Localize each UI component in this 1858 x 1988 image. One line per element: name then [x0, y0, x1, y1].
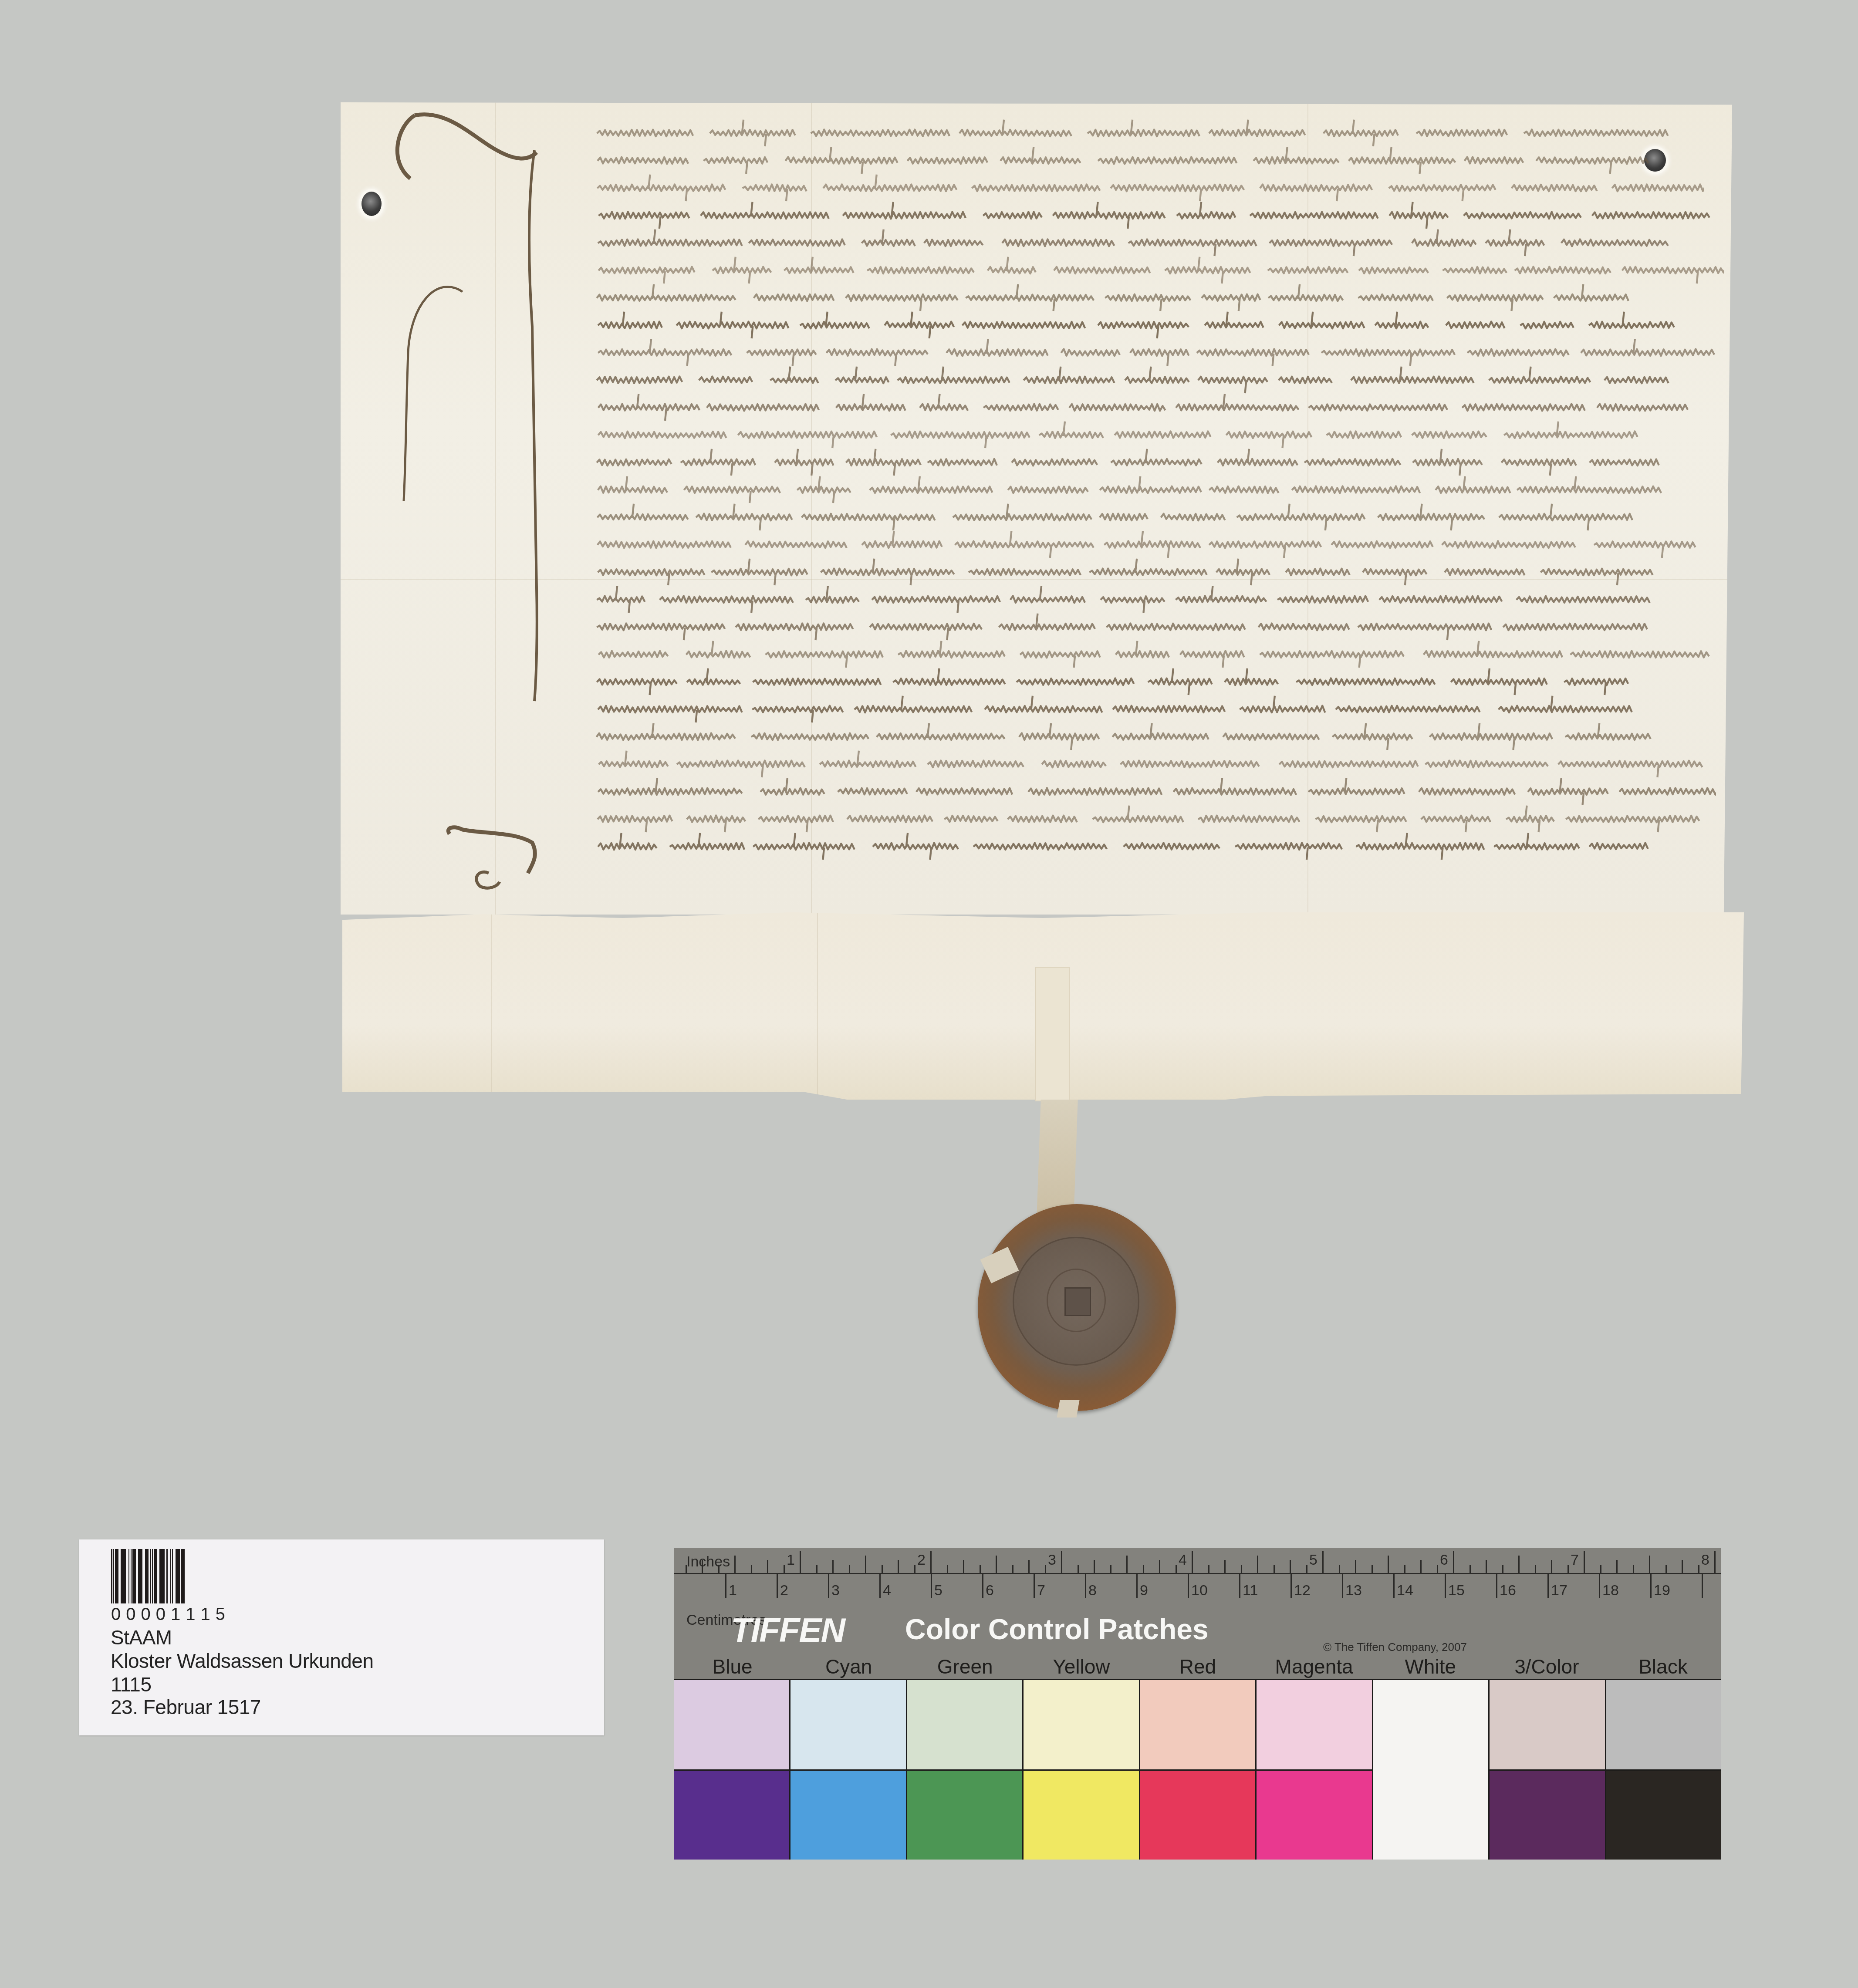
patch-column-cyan — [790, 1679, 907, 1860]
barcode-icon — [111, 1549, 185, 1603]
cm-tick-label: 14 — [1397, 1582, 1413, 1599]
color-patch-light — [907, 1679, 1022, 1769]
inch-tick — [1616, 1560, 1618, 1573]
inch-tick — [1290, 1560, 1291, 1573]
handwritten-line — [524, 335, 1708, 362]
handwritten-line — [524, 609, 1708, 637]
inch-tick — [767, 1560, 768, 1573]
cm-tick-label: 5 — [934, 1582, 943, 1599]
inch-tick — [865, 1556, 866, 1573]
barcode-digit: 1 — [171, 1605, 186, 1624]
inch-tick — [930, 1551, 932, 1573]
cm-tick — [828, 1574, 829, 1598]
wax-seal — [978, 1204, 1176, 1411]
inch-tick — [1045, 1565, 1046, 1573]
color-patch-light — [674, 1679, 789, 1769]
handwritten-line — [524, 307, 1708, 335]
inch-tick — [1126, 1556, 1128, 1573]
inch-tick — [1633, 1565, 1634, 1573]
archive-label-card: 00001115 StAAM Kloster Waldsassen Urkund… — [79, 1539, 604, 1735]
inch-tick — [1306, 1565, 1307, 1573]
color-patch-dark — [1606, 1769, 1721, 1860]
cm-tick-label: 6 — [986, 1582, 994, 1599]
inch-tick — [1518, 1556, 1520, 1573]
cm-tick-label: 9 — [1140, 1582, 1148, 1599]
inch-tick — [1192, 1551, 1193, 1573]
color-patch-dark — [1490, 1769, 1605, 1860]
handwritten-line — [524, 554, 1708, 582]
inch-tick — [1159, 1560, 1160, 1573]
inch-tick — [1061, 1551, 1062, 1573]
barcode-digit: 0 — [126, 1605, 141, 1624]
tiffen-logo: TIFFEN — [731, 1610, 845, 1650]
cm-tick — [1547, 1574, 1549, 1598]
inch-tick-label: 1 — [787, 1552, 795, 1569]
inch-tick — [1714, 1551, 1716, 1573]
handwritten-line — [524, 417, 1708, 445]
archive-name: StAAM — [111, 1626, 172, 1649]
collection-name: Kloster Waldsassen Urkunden — [111, 1649, 374, 1673]
cm-tick-label: 18 — [1602, 1582, 1619, 1599]
inch-tick — [1322, 1551, 1324, 1573]
patch-column-magenta — [1257, 1679, 1373, 1860]
color-patch-dark — [1024, 1769, 1138, 1860]
inch-tick — [1535, 1565, 1536, 1573]
patch-label: 3/Color — [1488, 1655, 1605, 1678]
cm-tick-label: 1 — [729, 1582, 737, 1599]
inch-tick-label: 7 — [1571, 1552, 1579, 1569]
cm-tick — [1496, 1574, 1497, 1598]
handwritten-text-block — [524, 115, 1708, 856]
ruler-baseline — [674, 1573, 1721, 1574]
inch-tick — [1028, 1560, 1030, 1573]
chart-header: Inches Centimetres 123456781234567891011… — [674, 1548, 1721, 1679]
cm-tick-label: 13 — [1345, 1582, 1362, 1599]
inch-tick-label: 4 — [1179, 1552, 1187, 1569]
inch-tick — [1078, 1565, 1079, 1573]
patch-label: White — [1372, 1655, 1489, 1678]
inch-tick — [1176, 1565, 1177, 1573]
cm-tick-label: 4 — [883, 1582, 891, 1599]
color-patch-light — [790, 1679, 905, 1769]
barcode-digit: 1 — [186, 1605, 200, 1624]
cm-tick — [1239, 1574, 1240, 1598]
inch-tick — [1388, 1556, 1389, 1573]
inch-tick — [1208, 1565, 1209, 1573]
cm-tick — [1342, 1574, 1343, 1598]
handwritten-line — [524, 664, 1708, 692]
patch-column-green — [907, 1679, 1024, 1860]
inch-tick — [914, 1565, 915, 1573]
inch-tick — [1143, 1565, 1144, 1573]
patch-label: Red — [1139, 1655, 1257, 1678]
handwritten-line — [524, 253, 1708, 280]
handwritten-line — [524, 801, 1708, 829]
handwritten-line — [524, 225, 1708, 253]
cm-tick-label: 8 — [1088, 1582, 1097, 1599]
seal-tag-tail — [1057, 1400, 1079, 1418]
inch-tick-label: 8 — [1701, 1552, 1709, 1569]
patch-column-blue — [674, 1679, 790, 1860]
cm-tick — [1702, 1574, 1703, 1598]
inch-tick — [1339, 1565, 1340, 1573]
inch-tick — [702, 1560, 703, 1573]
handwritten-line — [524, 500, 1708, 527]
inch-tick — [1404, 1565, 1405, 1573]
color-patch-dark — [1257, 1769, 1372, 1860]
charter-number: 1115 — [111, 1673, 152, 1696]
inch-tick — [832, 1560, 834, 1573]
parchment-charter — [341, 102, 1732, 915]
inch-tick — [849, 1565, 850, 1573]
barcode-number: 00001115 — [111, 1605, 198, 1624]
color-patch-dark — [790, 1769, 905, 1860]
inch-tick — [1224, 1560, 1226, 1573]
cm-tick-label: 16 — [1500, 1582, 1516, 1599]
barcode-digit: 0 — [111, 1605, 126, 1624]
handwritten-line — [524, 198, 1708, 225]
cm-tick — [777, 1574, 778, 1598]
inch-tick — [816, 1565, 818, 1573]
inch-tick — [1600, 1565, 1601, 1573]
inch-tick — [1257, 1556, 1258, 1573]
cm-tick-label: 15 — [1448, 1582, 1465, 1599]
handwritten-line — [524, 582, 1708, 609]
inch-tick — [1372, 1565, 1373, 1573]
cm-tick — [1650, 1574, 1652, 1598]
inch-tick — [1567, 1565, 1569, 1573]
cm-tick — [1393, 1574, 1395, 1598]
handwritten-line — [524, 362, 1708, 390]
chart-title: Color Control Patches — [905, 1613, 1209, 1646]
inch-tick-label: 3 — [1048, 1552, 1056, 1569]
color-patches — [674, 1679, 1721, 1860]
inch-tick — [751, 1565, 752, 1573]
patch-label: Cyan — [790, 1655, 908, 1678]
seal-parchment-tag — [1037, 1100, 1078, 1217]
cm-tick-label: 19 — [1654, 1582, 1670, 1599]
inch-tick — [1470, 1565, 1471, 1573]
inch-tick — [980, 1565, 981, 1573]
handwritten-line — [524, 115, 1708, 143]
cm-tick — [931, 1574, 932, 1598]
cm-tick — [879, 1574, 881, 1598]
seal-impression — [1013, 1237, 1139, 1366]
inch-tick — [1355, 1560, 1356, 1573]
color-patch-dark — [1140, 1769, 1255, 1860]
cm-tick-label: 2 — [780, 1582, 788, 1599]
inch-tick — [1241, 1565, 1242, 1573]
inch-tick — [963, 1560, 964, 1573]
patch-column-red — [1140, 1679, 1257, 1860]
color-patch-dark — [907, 1769, 1022, 1860]
patch-column-3-color — [1490, 1679, 1606, 1860]
handwritten-line — [524, 472, 1708, 500]
cm-tick-label: 10 — [1191, 1582, 1208, 1599]
inch-tick — [898, 1560, 899, 1573]
color-patch-dark — [674, 1769, 789, 1860]
patch-column-yellow — [1024, 1679, 1140, 1860]
patch-label: Green — [906, 1655, 1024, 1678]
barcode-digit: 0 — [156, 1605, 171, 1624]
inch-tick — [718, 1565, 720, 1573]
cm-tick-label: 7 — [1037, 1582, 1045, 1599]
handwritten-line — [524, 445, 1708, 472]
mounting-pin-icon — [361, 192, 382, 216]
handwritten-line — [524, 746, 1708, 774]
inch-tick — [1012, 1565, 1013, 1573]
barcode-digit: 1 — [201, 1605, 216, 1624]
handwritten-line — [524, 692, 1708, 719]
handwritten-line — [524, 280, 1708, 307]
inch-tick — [1682, 1560, 1683, 1573]
cm-tick-label: 12 — [1294, 1582, 1311, 1599]
handwritten-line — [524, 637, 1708, 664]
cm-tick — [1188, 1574, 1189, 1598]
cm-tick-label: 11 — [1243, 1582, 1258, 1599]
patch-column-black — [1606, 1679, 1721, 1860]
cm-tick — [1599, 1574, 1600, 1598]
cm-tick — [982, 1574, 983, 1598]
inch-tick-label: 6 — [1440, 1552, 1448, 1569]
cm-tick-label: 17 — [1551, 1582, 1567, 1599]
inch-tick — [1110, 1565, 1111, 1573]
handwritten-line — [524, 170, 1708, 198]
inch-tick — [800, 1551, 801, 1573]
cm-tick — [1290, 1574, 1292, 1598]
barcode-digit: 0 — [141, 1605, 156, 1624]
inch-tick — [1665, 1565, 1667, 1573]
inch-tick — [734, 1556, 736, 1573]
cm-tick — [1136, 1574, 1138, 1598]
inch-tick — [1420, 1560, 1422, 1573]
color-patch-light — [1257, 1679, 1372, 1769]
inch-tick-label: 2 — [917, 1552, 926, 1569]
inches-label: Inches — [686, 1553, 730, 1570]
seal-tag-end — [980, 1247, 1019, 1283]
cm-tick — [1034, 1574, 1035, 1598]
inch-tick — [1551, 1560, 1552, 1573]
inch-tick — [784, 1565, 785, 1573]
inch-tick — [947, 1565, 948, 1573]
inch-tick — [1453, 1551, 1454, 1573]
cm-tick-label: 3 — [831, 1582, 840, 1599]
shield-icon — [1064, 1287, 1091, 1316]
patch-label: Yellow — [1023, 1655, 1140, 1678]
inch-tick — [882, 1565, 883, 1573]
seal-tag-slot — [1035, 967, 1070, 1101]
inch-tick — [1274, 1565, 1275, 1573]
color-control-chart: Inches Centimetres 123456781234567891011… — [674, 1548, 1721, 1860]
handwritten-line — [524, 829, 1708, 856]
copyright-text: © The Tiffen Company, 2007 — [1323, 1640, 1467, 1654]
cm-tick — [1085, 1574, 1086, 1598]
fold-crease — [491, 912, 492, 1100]
color-patch-light — [1606, 1679, 1721, 1769]
color-patch — [1373, 1679, 1488, 1860]
handwritten-line — [524, 527, 1708, 554]
inch-tick — [1649, 1556, 1650, 1573]
handwritten-line — [524, 774, 1708, 801]
inch-tick — [1094, 1560, 1095, 1573]
barcode-digit: 5 — [216, 1605, 230, 1624]
fold-crease — [817, 912, 818, 1100]
patch-label: Black — [1604, 1655, 1722, 1678]
color-patch-light — [1490, 1679, 1605, 1769]
patch-column-white — [1373, 1679, 1490, 1860]
inch-tick — [686, 1565, 687, 1573]
inch-tick — [1584, 1551, 1585, 1573]
seal-inner-ring — [1047, 1269, 1106, 1332]
handwritten-line — [524, 143, 1708, 170]
cm-tick — [725, 1574, 726, 1598]
charter-date: 23. Februar 1517 — [111, 1695, 261, 1719]
inch-tick — [996, 1556, 997, 1573]
inch-tick — [1437, 1565, 1438, 1573]
inch-tick-label: 5 — [1309, 1552, 1317, 1569]
color-patch-light — [1140, 1679, 1255, 1769]
handwritten-line — [524, 719, 1708, 746]
patch-label: Magenta — [1255, 1655, 1373, 1678]
color-patch-light — [1024, 1679, 1138, 1769]
inch-tick — [1486, 1560, 1487, 1573]
patch-label: Blue — [674, 1655, 791, 1678]
handwritten-line — [524, 390, 1708, 417]
cm-tick — [1445, 1574, 1446, 1598]
inch-tick — [1502, 1565, 1503, 1573]
inch-tick — [1698, 1565, 1699, 1573]
